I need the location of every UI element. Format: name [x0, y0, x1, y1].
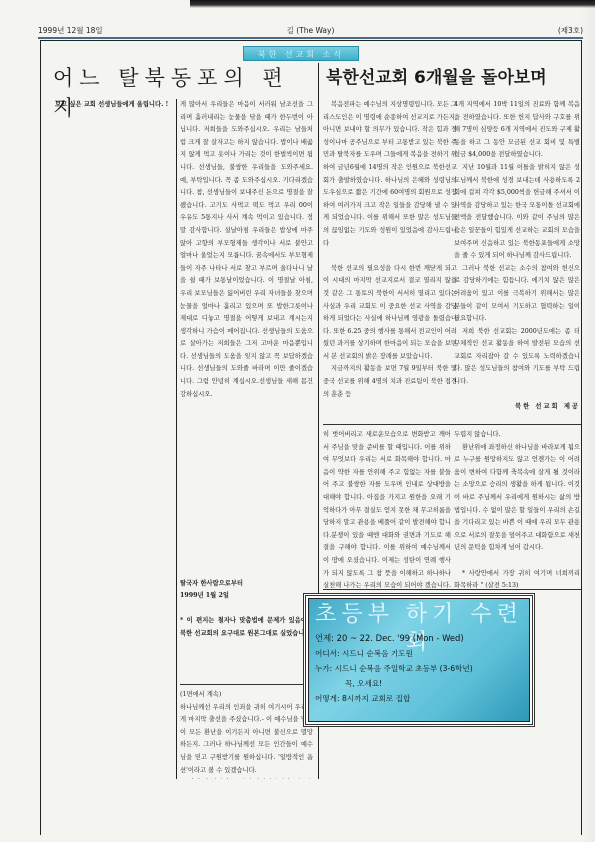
report-para-6: 그러나 북한 선교는 소수의 참여와 헌신으로 감당하기에는 힘듭니다. 에기치… [454, 263, 580, 326]
letter-column-1: 보고 싶은 교회 선생님들에게 올립니다. ! [47, 99, 173, 779]
letter-closing: 탈국자 한사람으로부터 1999년 1월 2일 * 이 편지는 철자나 맞춤법에… [180, 565, 313, 641]
report-para-5: 지난 10월과 11월 이틀을 밝히지 않은 성도님께서 북한에 성경 보내는데… [454, 162, 580, 263]
sermon-text-1: 히 벗어버리고 새로운모습으로 변화받고 깨어서 주님을 맞을 준비를 할 때입… [323, 429, 451, 589]
header-issue: (제3호) [558, 25, 583, 36]
letter-salutation: 보고 싶은 교회 선생님들에게 올립니다. ! [47, 99, 173, 112]
column-divider [176, 99, 177, 779]
headline-divider [318, 63, 319, 93]
letter-from: 탈국자 한사람으로부터 [180, 578, 313, 591]
note-divider [180, 684, 313, 685]
report-para-4: 4개 지역에서 10박 11일의 진료와 함께 복음을 전하였습니다. 또한 헌… [454, 99, 580, 162]
bible-quote-1: * 사랑안에서 가장 귀히 여기며 너희끼리 화목하라 " (살전 5:13) [454, 568, 580, 589]
sermon-text-2: 두렵지 않습니다. [454, 429, 580, 442]
camp-how: 어떻게: 8시까지 교회로 집합 [315, 691, 525, 706]
camp-title: 초등부 하기 수련회 [309, 601, 529, 629]
ad-divider [323, 589, 581, 590]
left-headline: 어느 탈북동포의 편지 [53, 63, 313, 93]
report-column-4: 4개 지역에서 10박 11일의 진료와 함께 복음을 전하였습니다. 또한 헌… [454, 99, 580, 454]
sermon-text-3: 환난위에 좌정하신 하나님을 바라보게 됨으로 누구를 원망하지도 않고 언젠가… [454, 442, 580, 555]
sermon-column-3: 히 벗어버리고 새로운모습으로 변화받고 깨어서 주님을 맞을 준비를 할 때입… [323, 429, 451, 589]
continued-column: (1면에서 계속) 하나님께선 우리의 인죄을 귀히 여기시어 우리에게 마지막… [180, 689, 313, 779]
page-header: 1999년 12월 18일 길 (The Way) (제3호) [38, 25, 583, 37]
sermon-column-4: 두렵지 않습니다. 환난위에 좌정하신 하나님을 바라보게 됨으로 누구를 원망… [454, 429, 580, 589]
letter-body-2: 게 많아서 우리들은 마음이 서러워 남조선을 그리며 흘러내리는 눈물을 닦을… [180, 99, 313, 401]
camp-details: 언제: 20 ~ 22. Dec. '99 (Mon - Wed) 어디서: 시… [315, 631, 525, 706]
scan-shadow [190, 0, 595, 8]
report-para-1: 복음전파는 예수님의 지상명령입니다. 모든 그리스도인은 이 명령에 순종하여… [323, 99, 457, 250]
header-title: 길 (The Way) [38, 25, 583, 36]
camp-who: 누가: 시드니 순복음 주일학교 초등부 (3-6학년) [315, 661, 525, 676]
section-divider [323, 424, 581, 425]
letter-column-2: 게 많아서 우리들은 마음이 서러워 남조선을 그리며 흘러내리는 눈물을 닦을… [180, 99, 313, 564]
report-para-3: 지금까지의 활동을 보면 7월 9일부터 북한 및 중국 선교를 위해 4명의 … [323, 363, 457, 401]
camp-who-sub: 꼭, 오세요! [315, 676, 525, 691]
editor-note: * 이 편지는 철자나 맞춤법에 문제가 있음에도 북한 선교회의 요구대로 원… [180, 615, 313, 640]
header-rule [38, 37, 583, 39]
continued-text-2: 이제 새 천년이 눈 앞에 다가왔습니다. 지금은 우리 자신의 구습을 완전 [180, 777, 313, 779]
continued-text: 하나님께선 우리의 인죄을 귀히 여기시어 우리에게 마지막 출선을 주셨습니다… [180, 702, 313, 778]
continued-label: (1면에서 계속) [180, 689, 313, 702]
right-headline: 북한선교회 6개월을 돌아보며 [326, 63, 576, 93]
report-signature: 북한 선교회 제공 [454, 401, 580, 414]
report-column-3: 복음전파는 예수님의 지상명령입니다. 모든 그리스도인은 이 명령에 순종하여… [323, 99, 457, 459]
section-banner: 북한 선교회 소식 [243, 46, 359, 61]
report-para-7: 저희 북한 선교회는 2000년도에는 좀 더 구체적인 선교 활동을 하여 발… [454, 326, 580, 389]
camp-where: 어디서: 시드니 순복음 기도원 [315, 646, 525, 661]
report-para-2: 북한 선교의 필요성을 다시 한번 깨닫게 되고 이 시대의 마지막 선교지로서… [323, 263, 457, 364]
camp-when: 언제: 20 ~ 22. Dec. '99 (Mon - Wed) [315, 631, 525, 646]
letter-date: 1999년 1월 2일 [180, 590, 313, 603]
camp-panel: 초등부 하기 수련회 언제: 20 ~ 22. Dec. '99 (Mon - … [308, 598, 530, 722]
scan-edge [581, 0, 595, 842]
camp-announcement: 초등부 하기 수련회 언제: 20 ~ 22. Dec. '99 (Mon - … [303, 593, 535, 727]
